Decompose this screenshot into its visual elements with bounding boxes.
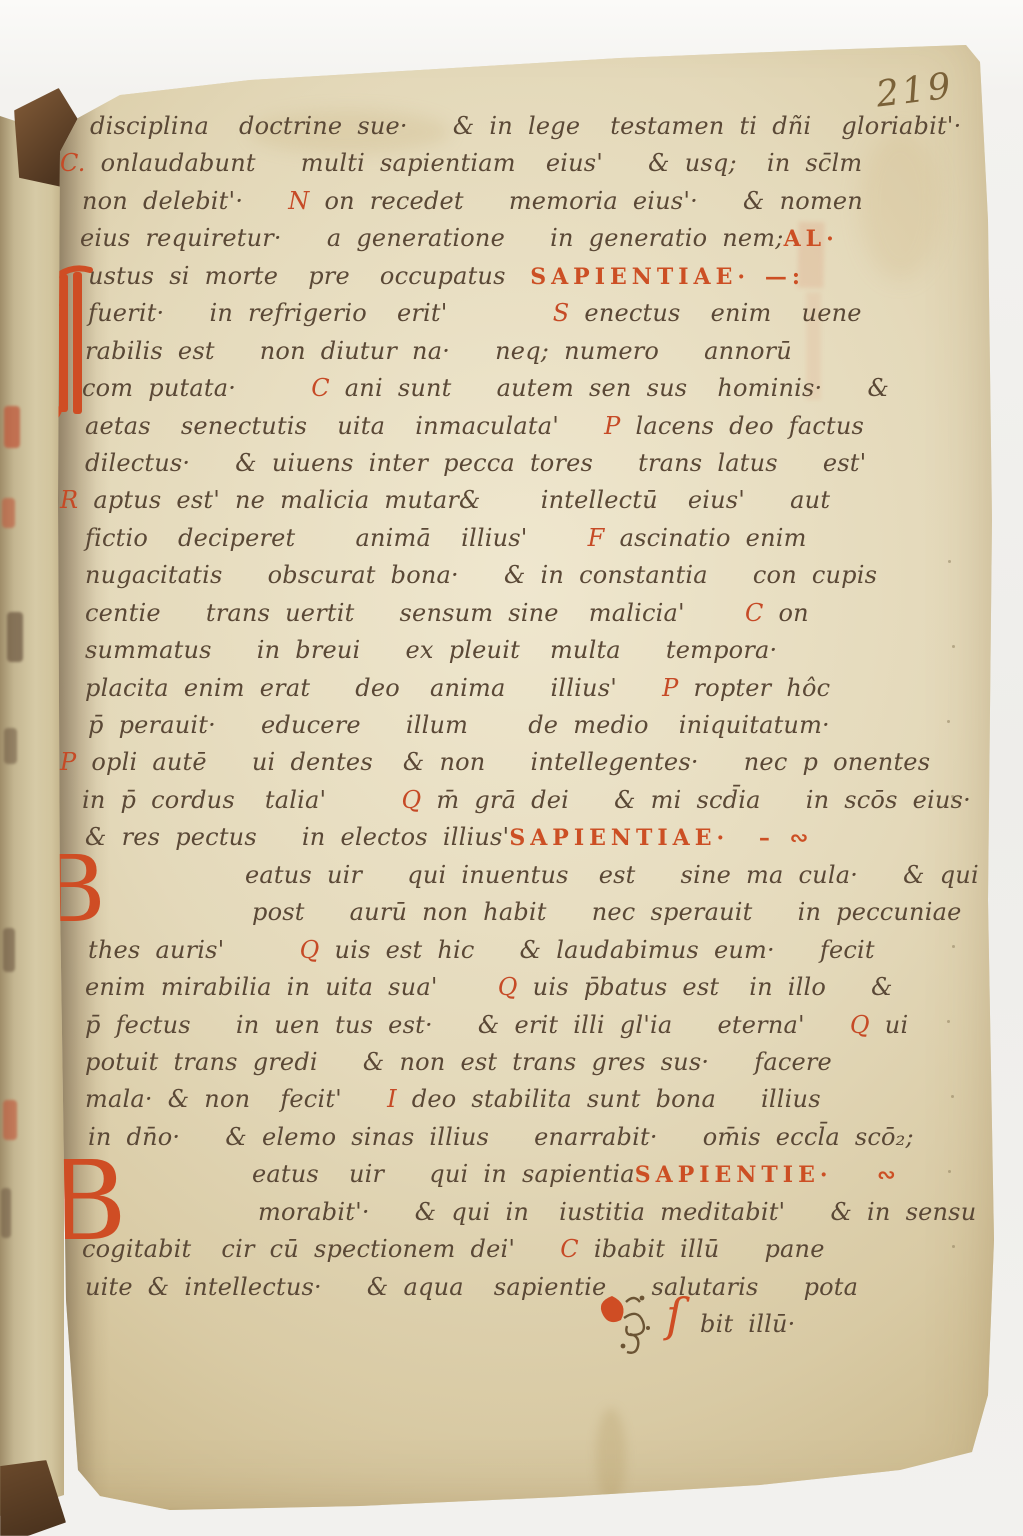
body-text: ani sunt autem sen sus hominis· & [345,374,889,402]
manuscript-line: p̄ fectus in uen tus est· & erit illi gl… [85,1011,855,1048]
facing-fragment [4,728,17,764]
manuscript-line: thes auris' Q uis est hic & laudabimus e… [88,936,855,973]
body-text: p̄ fectus in uen tus est· & erit illi gl… [85,1011,850,1039]
body-text: fictio deciperet animā illius' [85,524,588,552]
parchment-stain [596,1408,626,1503]
body-text: opli autē ui dentes & non intellegentes·… [91,748,930,776]
body-text: cogitabit cir cū spectionem dei' [82,1235,560,1263]
rubric-initial: F [588,524,620,552]
body-text: enectus enim uene [584,299,861,327]
prick-mark [948,1170,951,1173]
facing-fragment [1,1188,11,1238]
rubric-initial: P [662,674,693,702]
facing-fragment [7,612,23,662]
manuscript-line: nugacitatis obscurat bona· & in constant… [85,561,855,598]
manuscript-line: morabit'· & qui in iustitia meditabit' &… [258,1198,855,1235]
body-text: enim mirabilia in uita sua' [85,973,498,1001]
body-text: com putata· [82,374,311,402]
folio-number: 219 [874,65,956,115]
manuscript-line: R aptus est' ne malicia mutar& intellect… [60,486,855,523]
manuscript-line: rabilis est non diutur na· neq; numero a… [85,337,855,374]
body-text: m̄ grā dei & mi scd̄ia in scōs eius· [436,786,971,814]
rubric-initial: R [60,486,93,514]
body-text: ascinatio enim [620,524,807,552]
rubric-initial: Q [850,1011,885,1039]
rubric-initial: N [288,187,324,215]
body-text: eatus uir qui in sapientia [252,1160,635,1188]
flourish-long-s: ſ [666,1288,683,1342]
body-text: uis est hic & laudabimus eum· fecit [335,936,875,964]
body-text: summatus in breui ex pleuit multa tempor… [85,636,777,664]
manuscript-line: uite & intellectus· & aqua sapientie sal… [85,1273,855,1310]
body-text: non delebit'· [82,187,288,215]
body-text: disciplina doctrine sue· & in lege testa… [90,112,961,140]
manuscript-line: fuerit· in refrigerio erit' S enectus en… [88,299,855,336]
manuscript-line: ustus si morte pre occupatusSAPIENTIAE· … [88,262,855,299]
manuscript-line: post aurū non habit nec sperauit in pecc… [252,898,855,935]
prick-mark [951,795,954,798]
manuscript-line: com putata· C ani sunt autem sen sus hom… [82,374,855,411]
body-text: eius requiretur· a generatione in genera… [80,224,784,252]
text-block: disciplina doctrine sue· & in lege testa… [60,112,855,1347]
body-text: centie trans uertit sensum sine malicia' [85,599,745,627]
manuscript-line: fictio deciperet animā illius' F ascinat… [85,524,855,561]
rubric-initial: I [387,1085,412,1113]
manuscript-line: enim mirabilia in uita sua' Q uis p̄batu… [85,973,855,1010]
manuscript-line: & res pectus in electos illius'SAPIENTIA… [85,823,855,860]
manuscript-page: 219 disciplina doctrine sue· & in lege t… [0,0,1003,1518]
body-text: rabilis est non diutur na· neq; numero a… [85,337,792,365]
rubric-heading: SAPIENTIAE· – ∾ [509,825,813,851]
manuscript-line: in p̄ cordus talia' Q m̄ grā dei & mi sc… [82,786,855,823]
body-text: bit illū· [700,1310,795,1338]
manuscript-line: p̄ perauit· educere illum de medio iniqu… [88,711,855,748]
body-text: post aurū non habit nec sperauit in pecc… [252,898,961,926]
body-text: & res pectus in electos illius' [85,823,509,851]
body-text: potuit trans gredi & non est trans gres … [85,1048,832,1076]
rubric-initial: C. [60,149,101,177]
facing-fragment [3,1100,17,1140]
manuscript-line: summatus in breui ex pleuit multa tempor… [85,636,855,673]
body-text: mala· & non fecit' [85,1085,387,1113]
parchment-stain [860,130,940,280]
body-text: aptus est' ne malicia mutar& intellectū … [93,486,830,514]
prick-mark [951,1095,954,1098]
prick-mark [952,645,955,648]
rubric-initial: Q [498,973,533,1001]
manuscript-line: disciplina doctrine sue· & in lege testa… [90,112,855,149]
prick-mark [952,945,955,948]
body-text: aetas senectutis uita inmaculata' [85,412,604,440]
body-text: morabit'· & qui in iustitia meditabit' &… [258,1198,976,1226]
body-text: ui [885,1011,909,1039]
manuscript-line: mala· & non fecit' I deo stabilita sunt … [85,1085,855,1122]
body-text: p̄ perauit· educere illum de medio iniqu… [88,711,830,739]
body-text: thes auris' [88,936,300,964]
body-text: ropter hôc [694,674,831,702]
body-text: placita enim erat deo anima illius' [85,674,662,702]
body-text: onlaudabunt multi sapientiam eius' & usq… [101,149,863,177]
manuscript-photo: { "manuscript": { "folio_number": "219",… [0,0,1023,1536]
body-text: on [779,599,809,627]
rubric-initial: C [745,599,779,627]
body-text: dilectus· & uiuens inter pecca tores tra… [85,449,866,477]
body-text: eatus uir qui inuentus est sine ma cula·… [245,861,979,889]
facing-fragment [4,406,20,448]
manuscript-line: bit illū· [700,1310,855,1347]
prick-mark [947,720,950,723]
body-text: lacens deo factus [636,412,865,440]
rubric-heading: SAPIENTIE· ∾ [635,1162,901,1188]
rubric-initial: P [604,412,635,440]
manuscript-line: placita enim erat deo anima illius' P ro… [85,674,855,711]
prick-mark [948,870,951,873]
facing-fragment [3,928,15,972]
rubric-initial: Q [300,936,335,964]
body-text: deo stabilita sunt bona illius [412,1085,821,1113]
manuscript-line: potuit trans gredi & non est trans gres … [85,1048,855,1085]
prick-mark [947,1020,950,1023]
body-text: on recedet memoria eius'· & nomen [324,187,863,215]
rubric-initial: C [311,374,345,402]
manuscript-line: cogitabit cir cū spectionem dei' C ibabi… [82,1235,855,1272]
vine-flourish [596,1288,668,1354]
manuscript-line: centie trans uertit sensum sine malicia'… [85,599,855,636]
facing-fragment [2,498,15,528]
facing-page-edge [0,116,64,1516]
rubric-initial: S [553,299,585,327]
rubric-heading: SAPIENTIAE· —: [530,264,805,290]
rubric-initial: P [60,748,91,776]
rubric-initial: C [560,1235,594,1263]
prick-mark [948,560,951,563]
body-text: ibabit illū pane [594,1235,825,1263]
manuscript-line: eatus uir qui in sapientiaSAPIENTIE· ∾ [252,1160,855,1197]
manuscript-line: P opli autē ui dentes & non intellegente… [60,748,855,785]
manuscript-line: eatus uir qui inuentus est sine ma cula·… [245,861,855,898]
manuscript-line: in dn̄o· & elemo sinas illius enarrabit·… [88,1123,855,1160]
manuscript-line: eius requiretur· a generatione in genera… [80,224,855,261]
manuscript-line: aetas senectutis uita inmaculata' P lace… [85,412,855,449]
manuscript-line: dilectus· & uiuens inter pecca tores tra… [85,449,855,486]
body-text: uite & intellectus· & aqua sapientie sal… [85,1273,858,1301]
body-text: ustus si morte pre occupatus [88,262,506,290]
rubric-heading: AL· [784,226,839,252]
rubric-initial: Q [401,786,436,814]
body-text: in p̄ cordus talia' [82,786,401,814]
manuscript-line: C. onlaudabunt multi sapientiam eius' & … [60,149,855,186]
manuscript-line: non delebit'· N on recedet memoria eius'… [82,187,855,224]
body-text: uis p̄batus est in illo & [533,973,893,1001]
prick-mark [952,1245,955,1248]
body-text: in dn̄o· & elemo sinas illius enarrabit·… [88,1123,914,1151]
body-text: fuerit· in refrigerio erit' [88,299,553,327]
body-text: nugacitatis obscurat bona· & in constant… [85,561,877,589]
